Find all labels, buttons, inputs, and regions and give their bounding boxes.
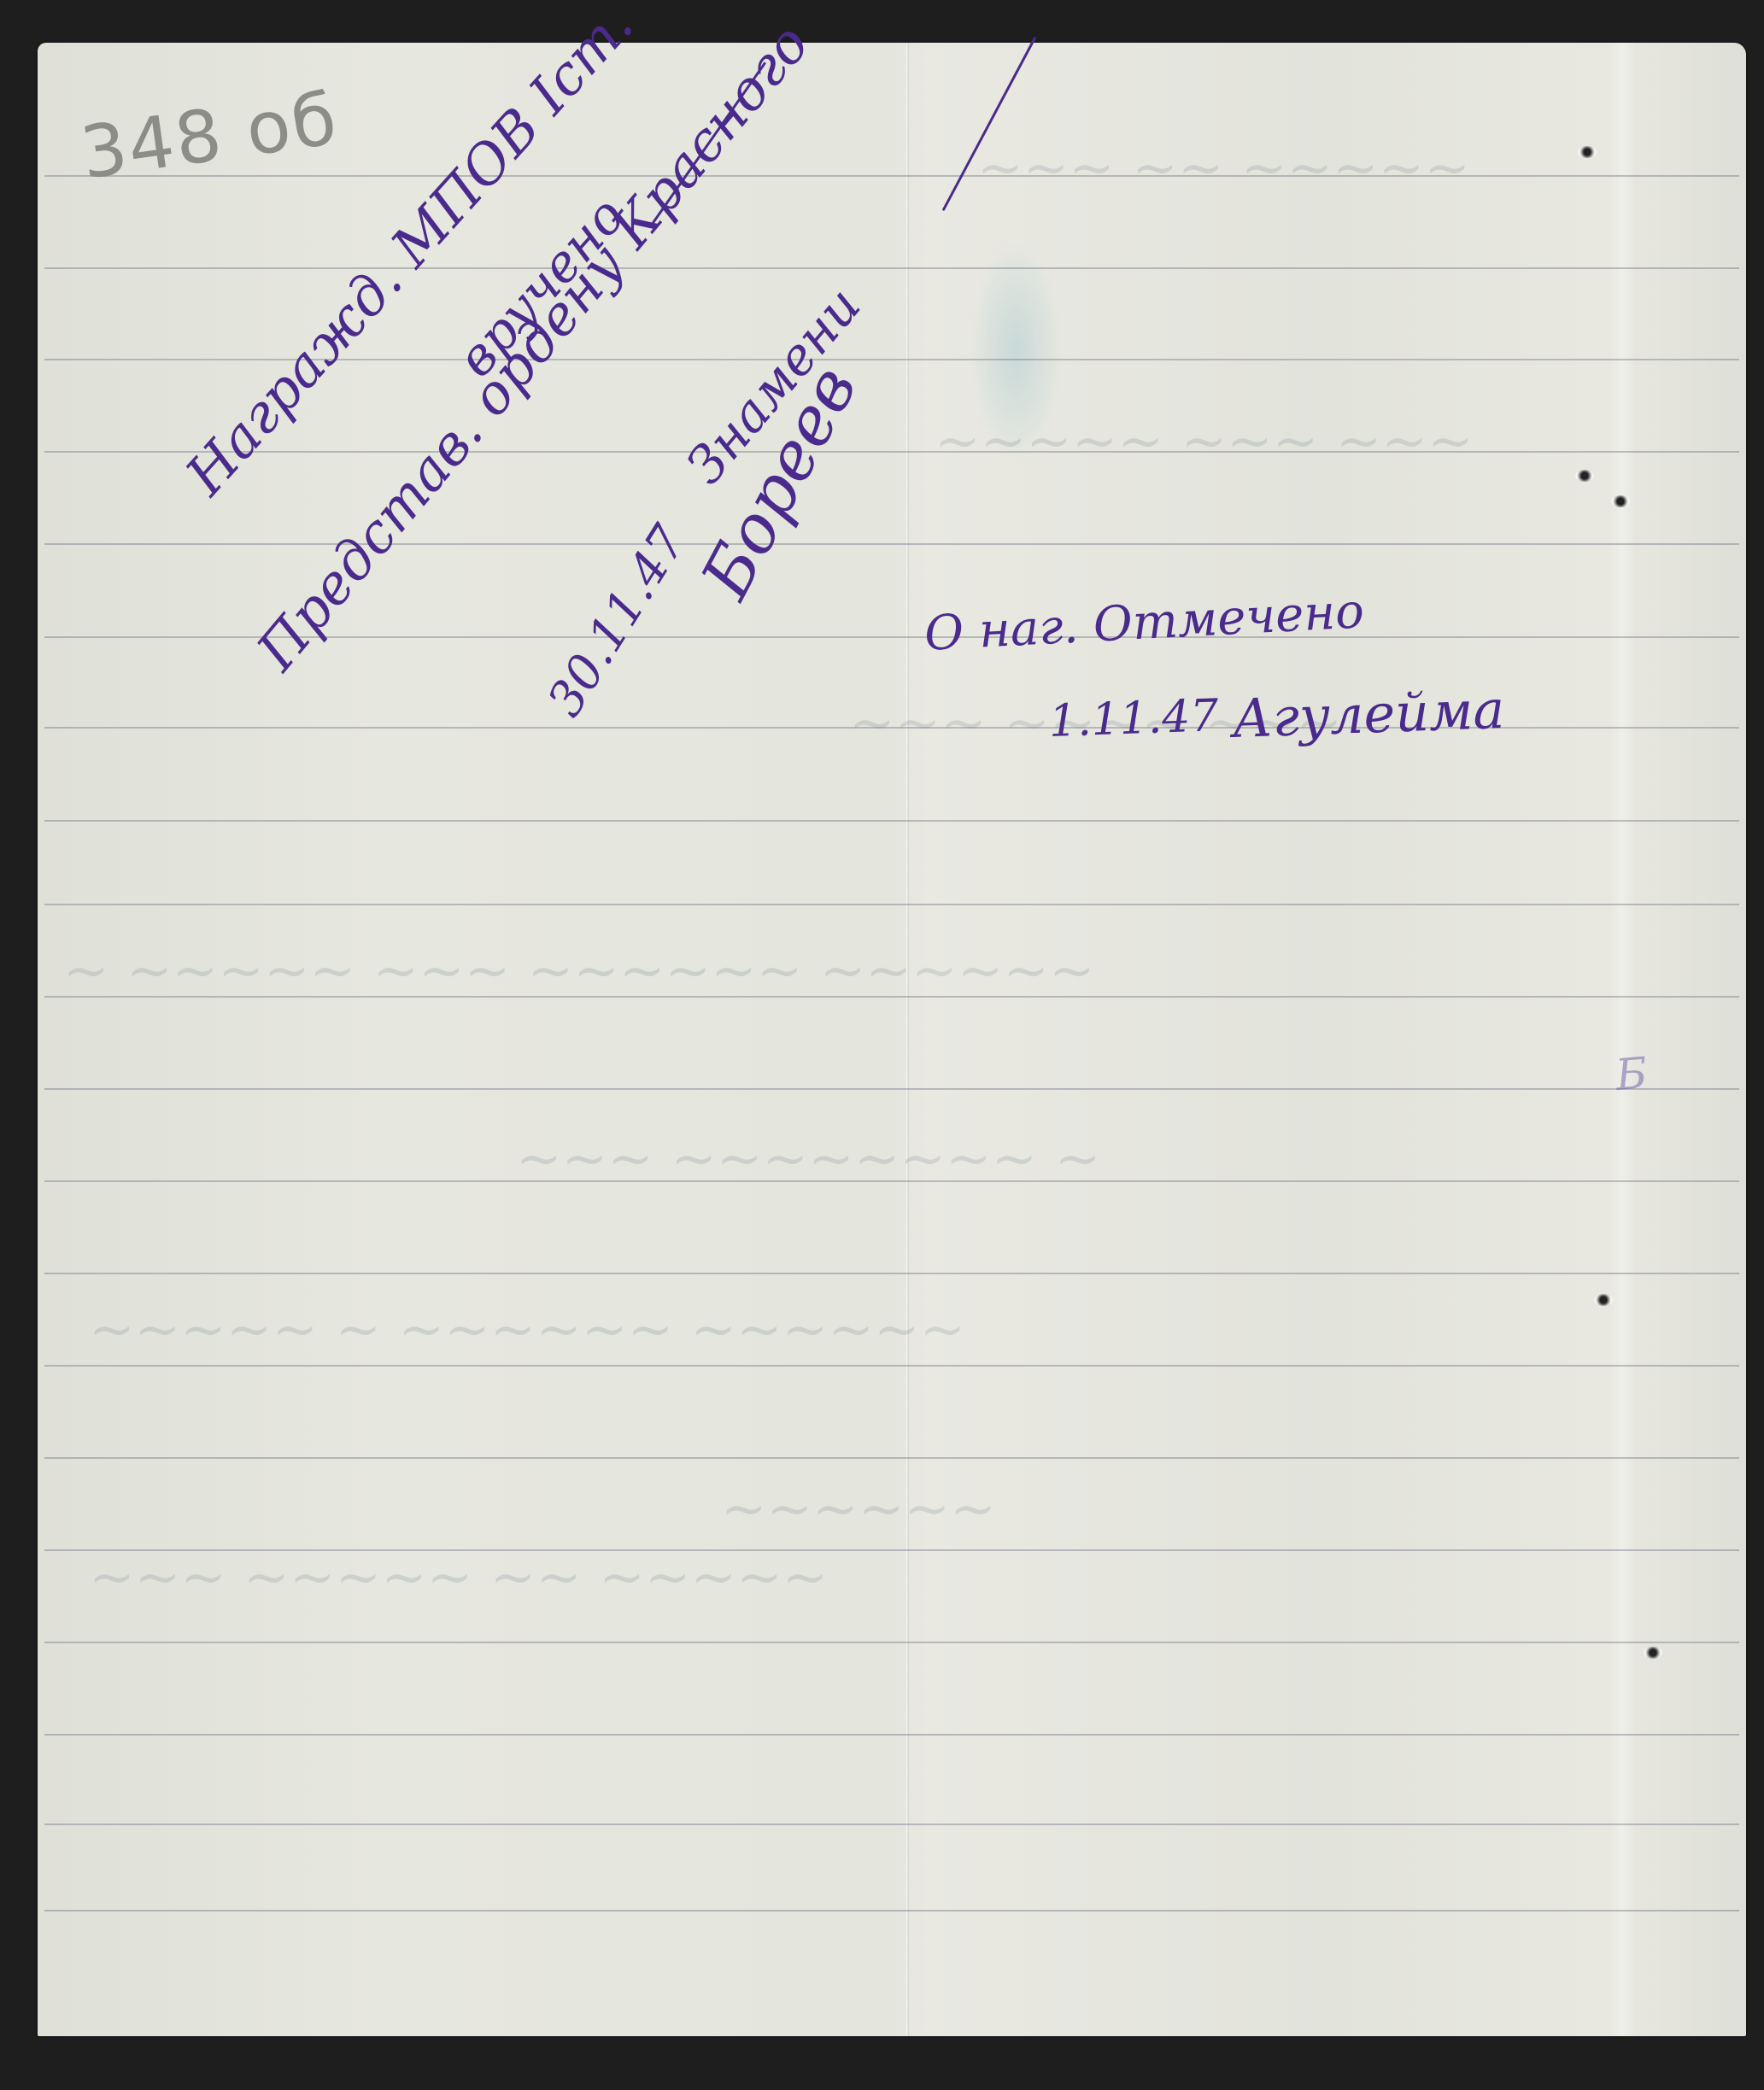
ruled-line — [44, 175, 1739, 177]
paper-fold-crease — [906, 43, 909, 2036]
annotation-2-signature: Агулейма — [1231, 678, 1505, 750]
bleed-through-text: ~~~ ~~~~~~~~ ~ — [516, 1127, 1100, 1191]
punch-hole — [1611, 495, 1630, 507]
ruled-line — [44, 1734, 1739, 1736]
ruled-line — [44, 1088, 1739, 1090]
marginal-mark: Б — [1614, 1048, 1650, 1100]
ruled-line — [44, 1365, 1739, 1367]
annotation-1-date: 30.11.47 — [537, 516, 697, 726]
bleed-through-text: ~~~~~~ — [721, 1478, 996, 1541]
ruled-line — [44, 1910, 1739, 1911]
ruled-line — [44, 451, 1739, 453]
punch-hole — [1644, 1647, 1662, 1659]
archive-sheet-number: 348 об — [76, 76, 343, 195]
ruled-line — [44, 820, 1739, 822]
annotation-2-line-1: О наг. Отмечено — [923, 583, 1366, 662]
bleed-through-text: ~~~ ~~~~~ ~~ ~~~~~ — [89, 1546, 828, 1609]
document-page: ~~~ ~~ ~~~~~ ~~~~~ ~~~ ~~~ ~~~ ~~~~ ~~~ … — [38, 43, 1746, 2036]
bleed-through-text: ~~~~~ ~ ~~~~~~ ~~~~~~ — [89, 1298, 965, 1361]
ruled-line — [44, 1273, 1739, 1274]
ruled-line — [44, 543, 1739, 545]
paper-fold-crease-right — [1609, 43, 1635, 2036]
ruled-line — [44, 904, 1739, 905]
annotation-2-date: 1.11.47 — [1048, 690, 1219, 747]
bleed-through-text: ~ ~~~~~ ~~~ ~~~~~~ ~~~~~~ — [63, 940, 1095, 1003]
ruled-line — [44, 1457, 1739, 1459]
bleed-through-text: ~~~ ~~ ~~~~~ — [977, 137, 1470, 200]
bleed-through-text: ~~~~~ ~~~ ~~~ — [935, 410, 1474, 473]
punch-hole — [1578, 146, 1597, 158]
ruled-line — [44, 267, 1739, 269]
punch-hole — [1594, 1294, 1613, 1306]
punch-hole — [1575, 470, 1594, 482]
ruled-line — [44, 1642, 1739, 1643]
ruled-line — [44, 1824, 1739, 1825]
